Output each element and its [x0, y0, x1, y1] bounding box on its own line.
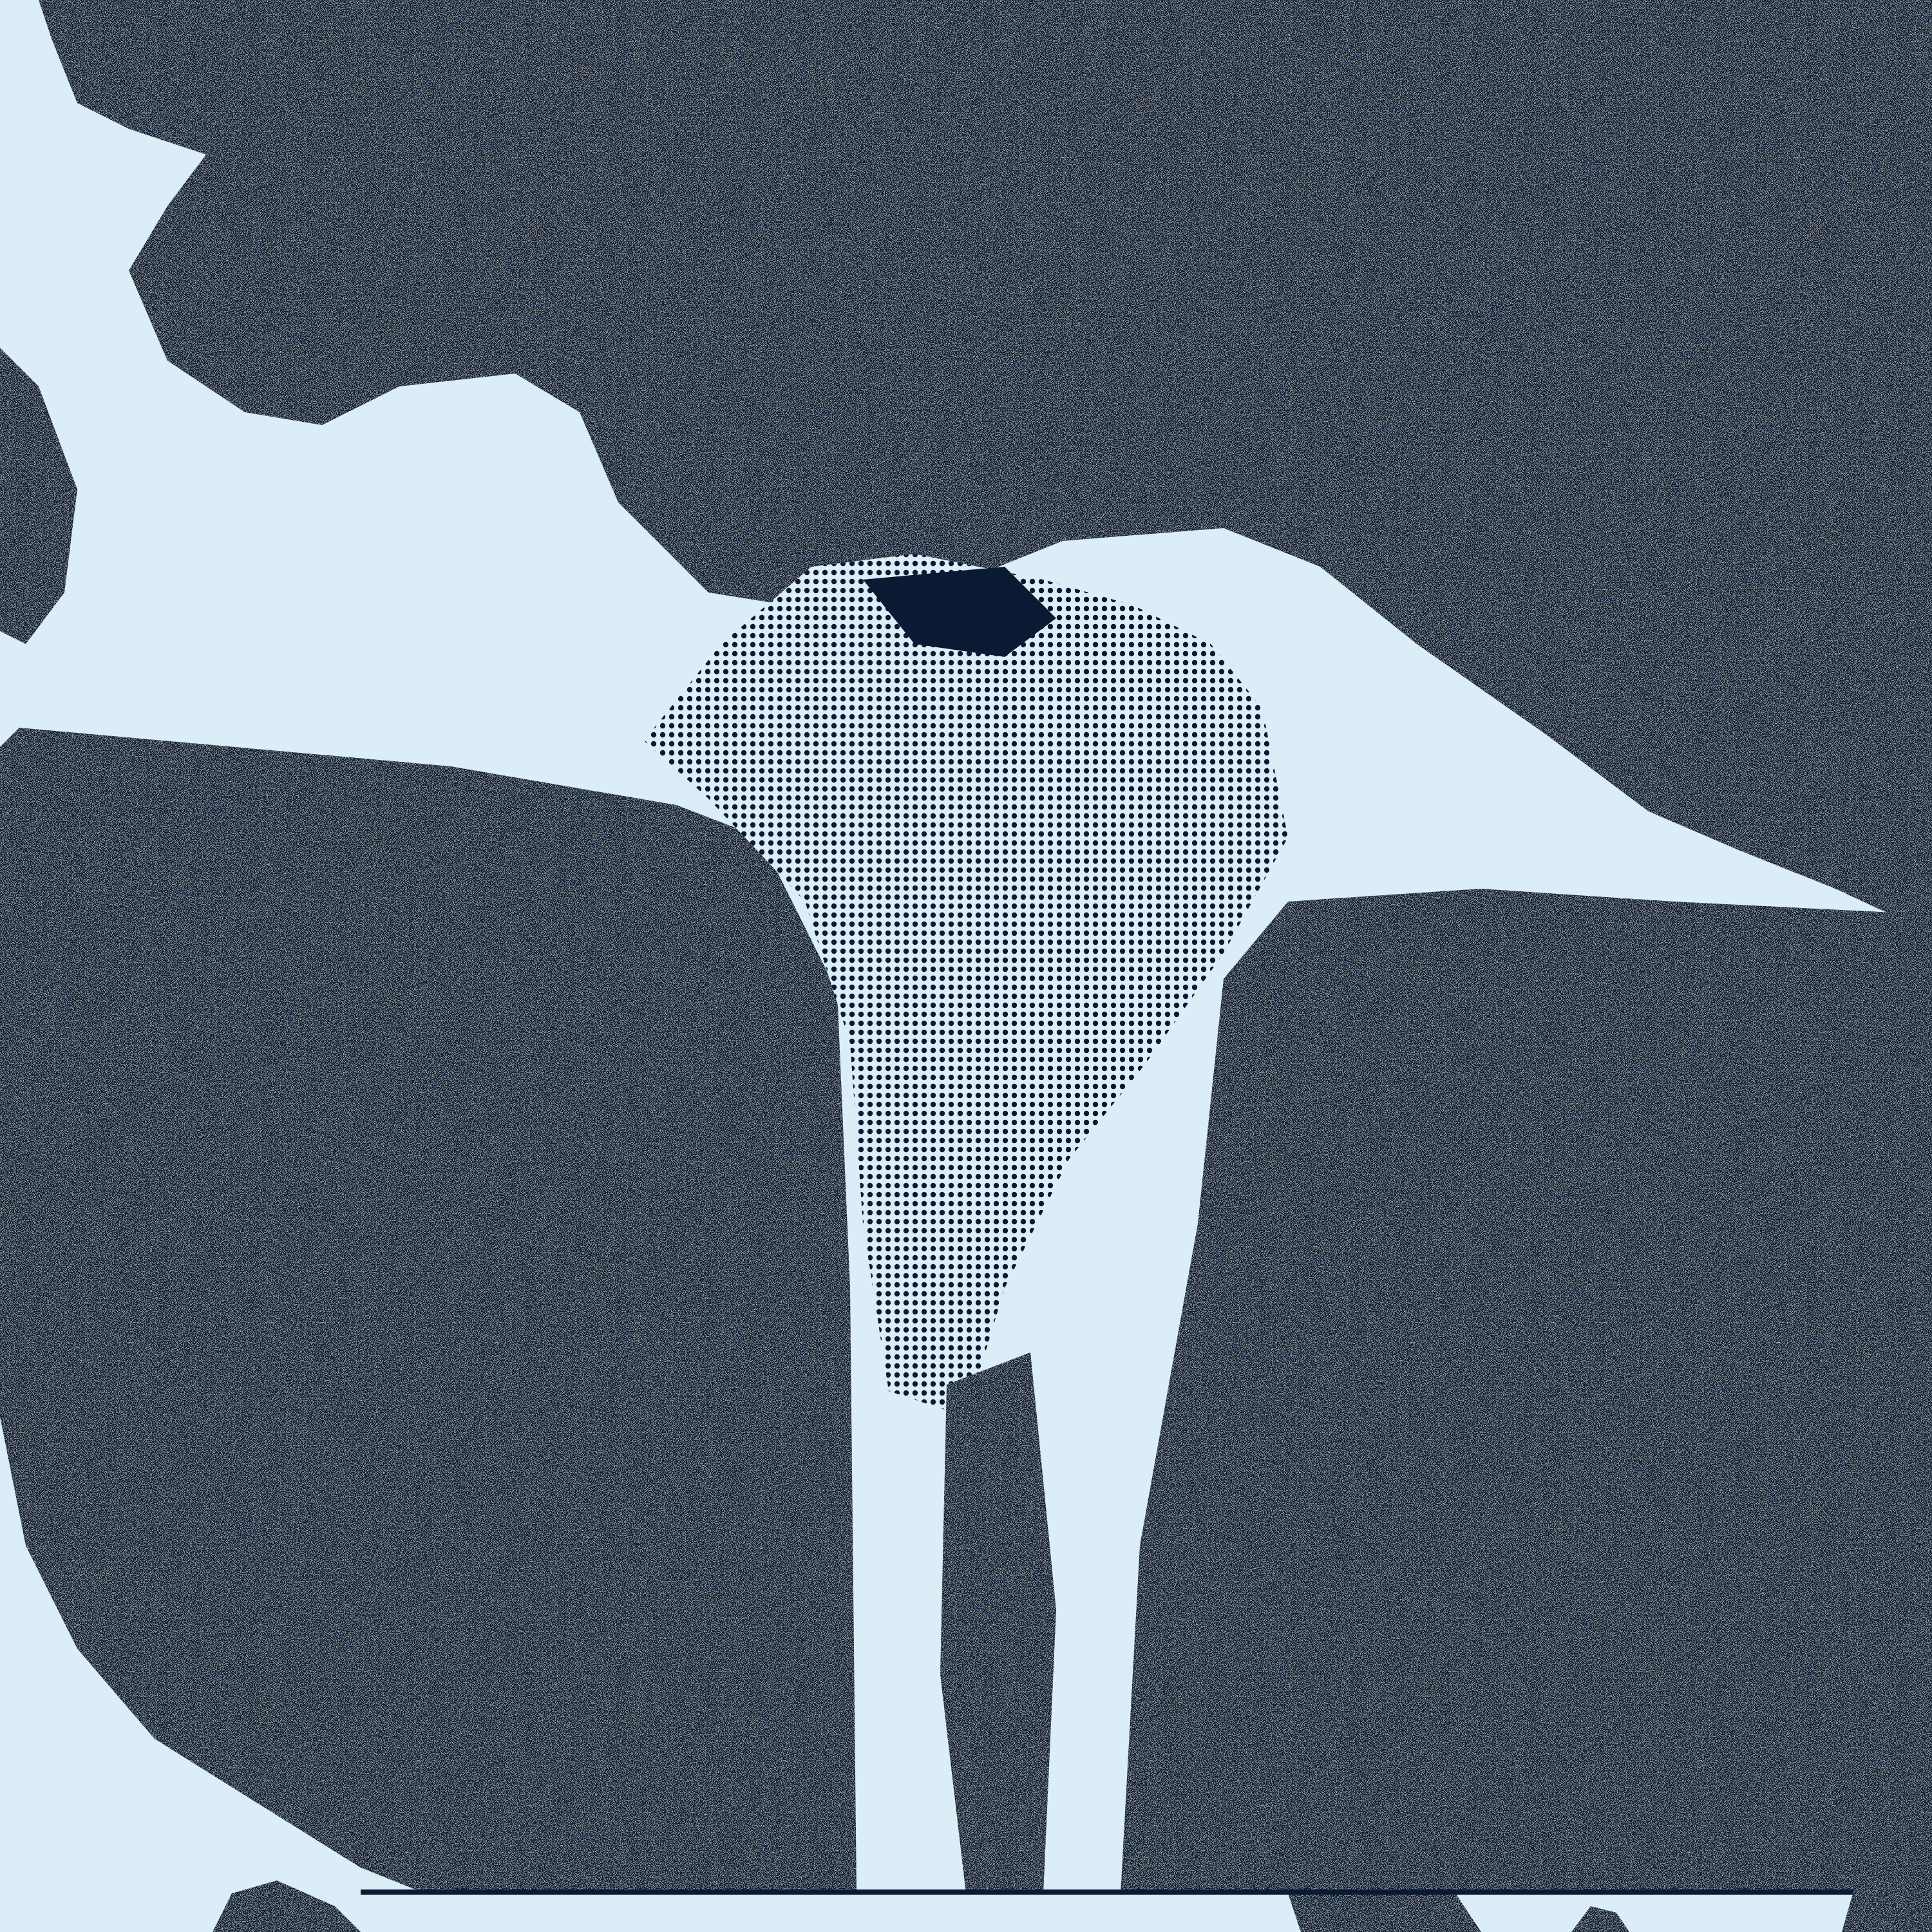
- artwork-svg: [0, 0, 1932, 1932]
- right-planter: [1121, 889, 1932, 1932]
- left-planter: [0, 728, 857, 1893]
- ground-line: [361, 1889, 1932, 1895]
- print-artwork: [0, 0, 1932, 1932]
